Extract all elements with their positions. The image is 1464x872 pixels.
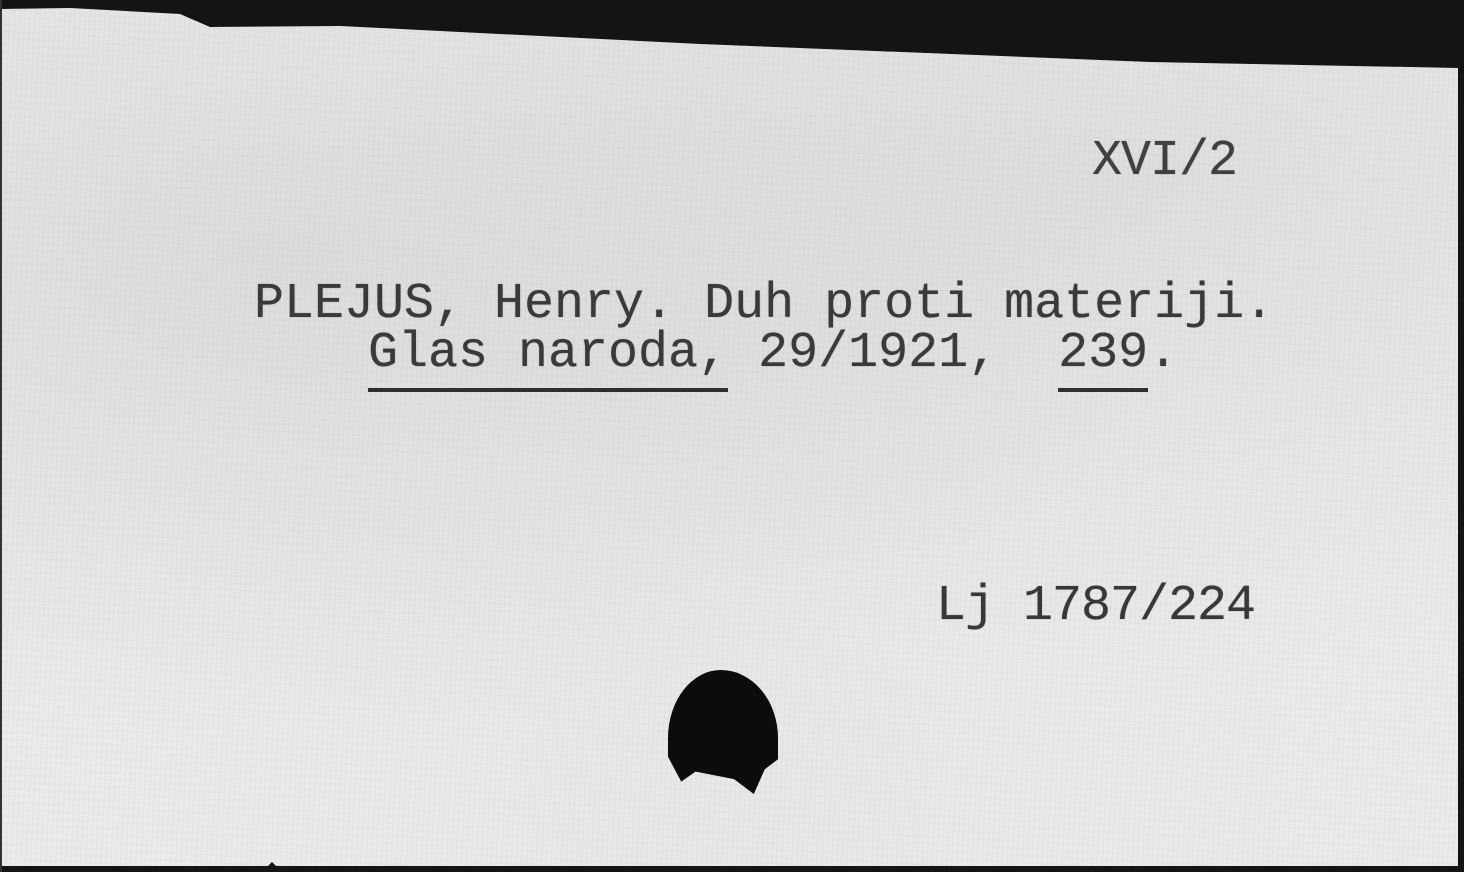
- issue-date: 29/1921,: [758, 325, 998, 382]
- page-suffix: .: [1148, 325, 1178, 382]
- entry-line-2: Glas naroda, 29/1921, 239.: [368, 325, 1178, 382]
- classification-mark: XVI/2: [1092, 133, 1237, 190]
- card-left-edge: [0, 0, 2, 872]
- index-card: XVI/2 PLEJUS, Henry. Duh proti materiji.…: [0, 0, 1458, 866]
- scanned-catalog-card: XVI/2 PLEJUS, Henry. Duh proti materiji.…: [0, 0, 1464, 872]
- shelf-mark: Lj 1787/224: [936, 578, 1255, 635]
- punch-hole: [668, 670, 778, 794]
- source-publication: Glas naroda,: [368, 325, 728, 392]
- bottom-edge-notch: [266, 862, 278, 868]
- page-number: 239: [1058, 325, 1148, 392]
